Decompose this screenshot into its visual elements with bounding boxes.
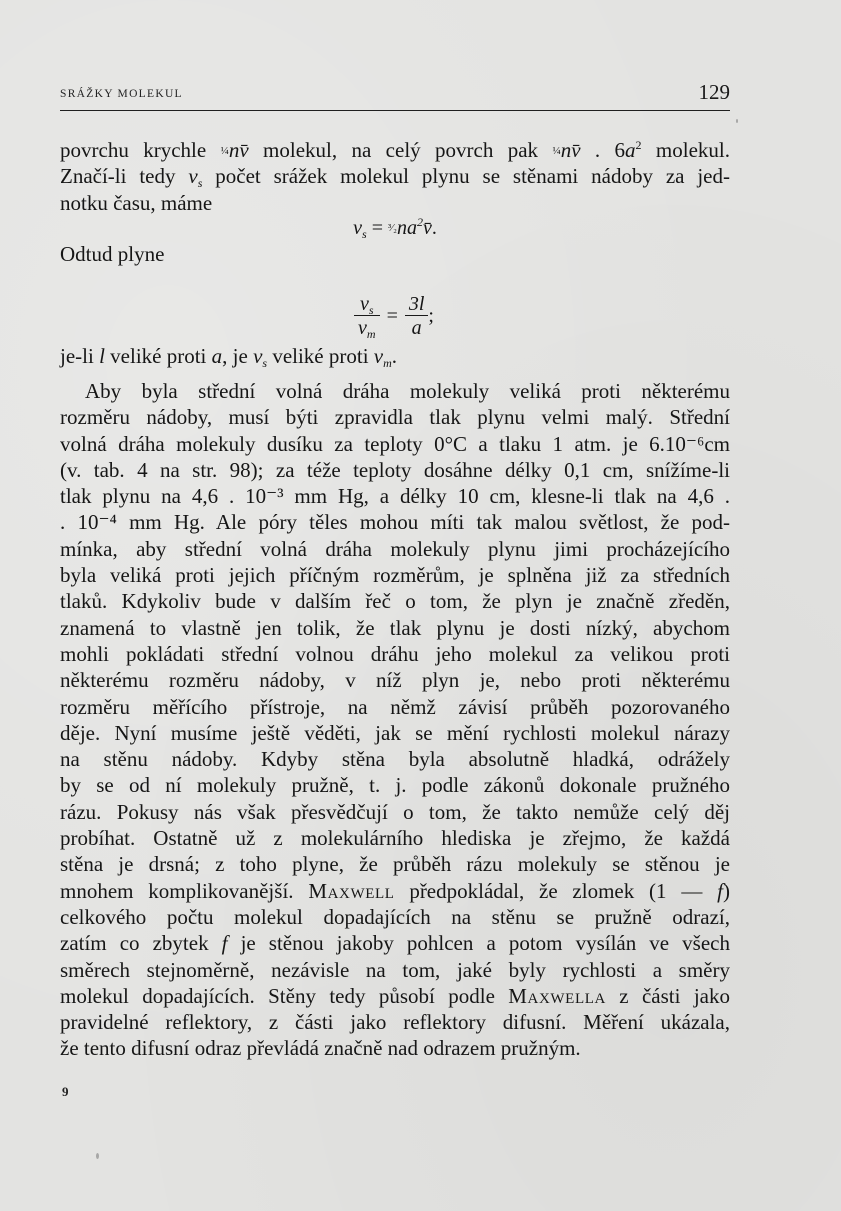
- paper-speck: [96, 1153, 99, 1159]
- text-line: probíhat. Ostatně už z molekulárního hle…: [60, 825, 730, 851]
- text-line: děje. Nyní musíme ještě věděti, jak se m…: [60, 720, 730, 746]
- condition-line: je-li l veliké proti a, je νs veliké pro…: [60, 343, 730, 369]
- text-line: je-li l veliké proti a, je νs veliké pro…: [60, 343, 730, 369]
- book-page: SRÁŽKY MOLEKUL 129 povrchu krychle ¼nv̄ …: [0, 0, 841, 1211]
- text-line: tlaků. Kdykoliv bude v dalším řeč o tom,…: [60, 588, 730, 614]
- fraction-rhs: 3l a: [405, 293, 429, 340]
- text-line: rázu. Pokusy nás však přesvědčují o tom,…: [60, 799, 730, 825]
- text-line: (v. tab. 4 na str. 98); za téže teploty …: [60, 457, 730, 483]
- text-line: rozměru nádoby, musí býti zpravidla tlak…: [60, 404, 730, 430]
- equation-ratio: νs νm = 3l a ;: [60, 293, 730, 340]
- equation-collision-rate: νs = ³⁄₂na2v̄.: [60, 215, 730, 241]
- text-line: povrchu krychle ¼nv̄ molekul, na celý po…: [60, 137, 730, 163]
- text-line: byla veliká proti jejich příčným rozměrů…: [60, 562, 730, 588]
- text-line: mohli pokládati střední volnou dráhu jeh…: [60, 641, 730, 667]
- odtud-line: Odtud plyne: [60, 241, 730, 267]
- intro-paragraph: povrchu krychle ¼nv̄ molekul, na celý po…: [60, 137, 730, 216]
- text-line: molekul dopadajících. Stěny tedy působí …: [60, 983, 730, 1009]
- author-name-maxwella: Maxwella: [508, 984, 606, 1008]
- text-line: tlak plynu na 4,6 . 10⁻³ mm Hg, a délky …: [60, 483, 730, 509]
- text-line: stěna je drsná; z toho plyne, že průběh …: [60, 851, 730, 877]
- text-line: na stěnu nádoby. Kdyby stěna byla absolu…: [60, 746, 730, 772]
- text-line: že tento difusní odraz převládá značně n…: [60, 1035, 730, 1061]
- paper-speck: [736, 119, 738, 123]
- running-head-title: SRÁŽKY MOLEKUL: [60, 88, 183, 100]
- text-line: Aby byla střední volná dráha molekuly ve…: [60, 378, 730, 404]
- text-line: notku času, máme: [60, 190, 730, 216]
- fraction-lhs: νs νm: [354, 293, 380, 340]
- text-line: pravidelné reflektory, z části jako refl…: [60, 1009, 730, 1035]
- text-line: směrech stejnoměrně, nezávisle na tom, j…: [60, 957, 730, 983]
- header-rule: [60, 110, 730, 111]
- text-line: by se od ní molekuly pružně, t. j. podle…: [60, 772, 730, 798]
- text-line: Značí-li tedy νs počet srážek molekul pl…: [60, 163, 730, 189]
- running-head: SRÁŽKY MOLEKUL 129: [60, 86, 730, 110]
- text-line: volná dráha molekuly dusíku za teploty 0…: [60, 431, 730, 457]
- main-paragraph: Aby byla střední volná dráha molekuly ve…: [60, 378, 730, 1062]
- text-line: mínka, aby střední volná dráha molekuly …: [60, 536, 730, 562]
- text-line: mnohem komplikovanější. Maxwell předpokl…: [60, 878, 730, 904]
- text-line: rozměru měřícího přístroje, na němž závi…: [60, 694, 730, 720]
- text-line: celkového počtu molekul dopadajících na …: [60, 904, 730, 930]
- text-line: zatím co zbytek f je stěnou jakoby pohlc…: [60, 930, 730, 956]
- text-line: některému rozměru nádoby, v níž plyn je,…: [60, 667, 730, 693]
- text-line: . 10⁻⁴ mm Hg. Ale póry těles mohou míti …: [60, 509, 730, 535]
- signature-mark: 9: [62, 1084, 69, 1100]
- page-number: 129: [699, 80, 731, 105]
- text-line: Odtud plyne: [60, 241, 730, 267]
- text-line: znamená to vlastně jen tolik, že tlak pl…: [60, 615, 730, 641]
- author-name-maxwell: Maxwell: [308, 879, 394, 903]
